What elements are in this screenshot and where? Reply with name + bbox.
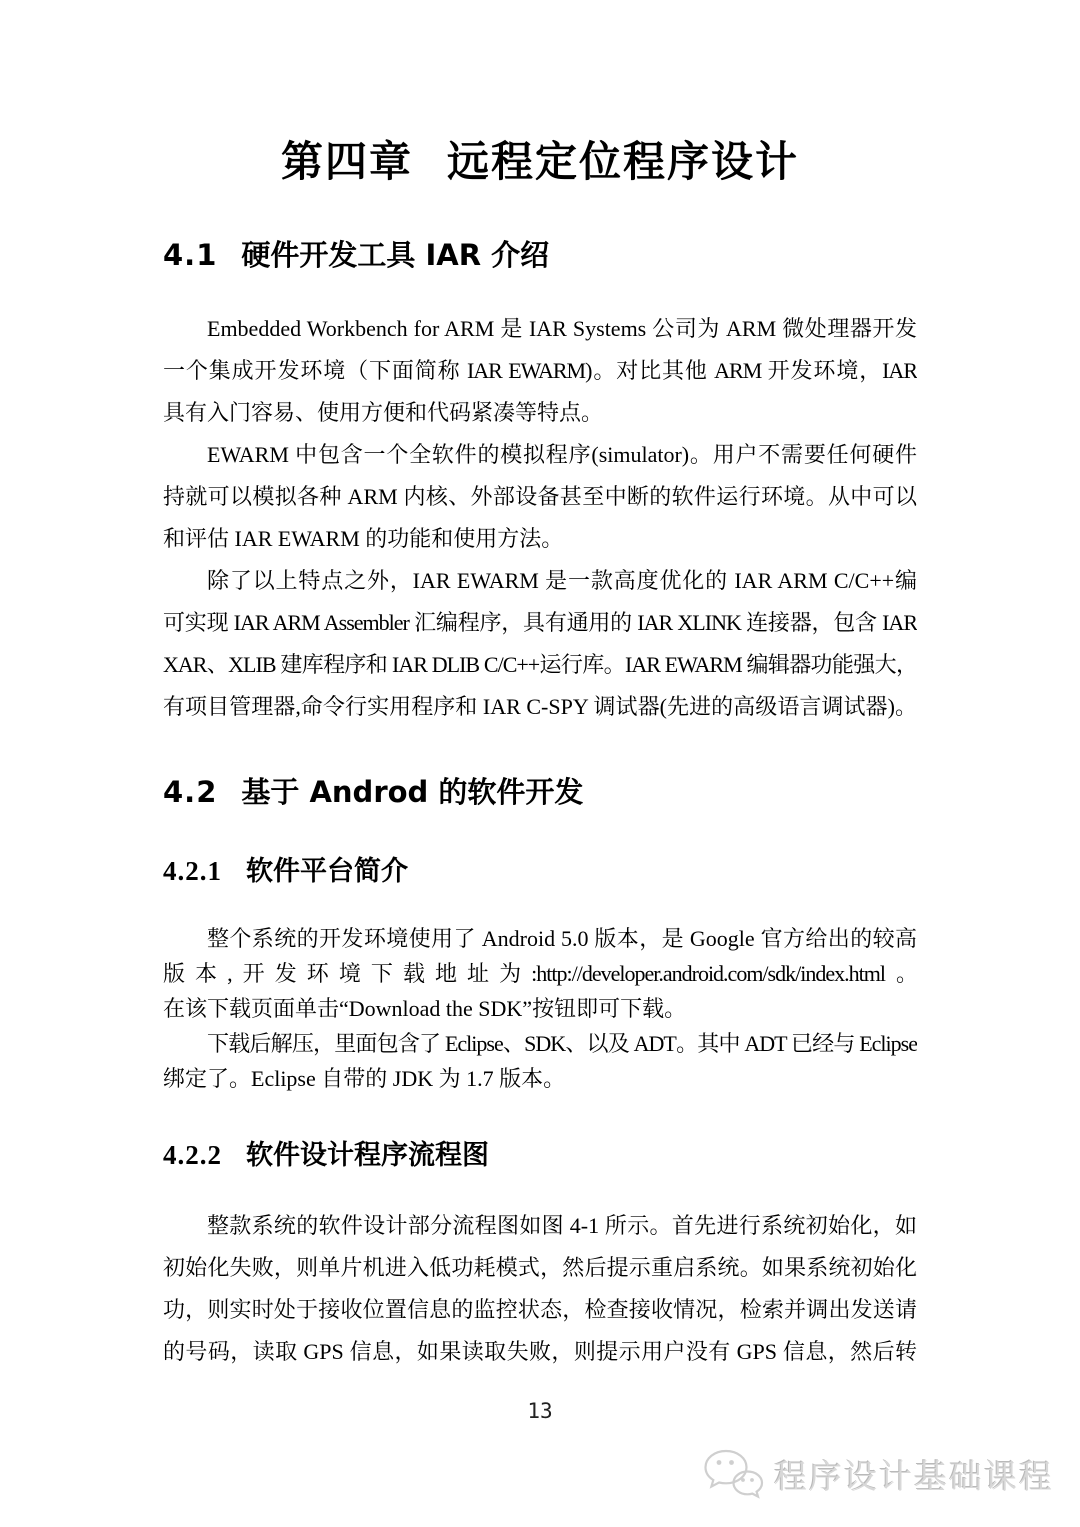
paragraph: 整款系统的软件设计部分流程图如图 4-1 所示。首先进行系统初始化，如果初始化失… <box>163 1205 917 1373</box>
text-line: 功，则实时处于接收位置信息的监控状态，检查接收情况，检索并调出发送请求 <box>163 1289 917 1331</box>
text-line: 一个集成开发环境（下面简称 IAR EWARM)。对比其他 ARM 开发环境，I… <box>163 350 917 392</box>
heading-number: 4.2.2 <box>163 1140 222 1170</box>
text-line: 整款系统的软件设计部分流程图如图 4-1 所示。首先进行系统初始化，如果 <box>163 1205 917 1247</box>
text-line: 下载后解压，里面包含了 Eclipse、SDK、以及 ADT。其中 ADT 已经… <box>163 1026 917 1061</box>
page-content: 第四章远程定位程序设计 4.1硬件开发工具 IAR 介绍Embedded Wor… <box>0 133 1080 1423</box>
text-line: XAR、XLIB 建库程序和 IAR DLIB C/C++运行库。IAR EWA… <box>163 644 917 686</box>
section-heading-4.1: 4.1硬件开发工具 IAR 介绍 <box>163 235 917 275</box>
section-heading-4.2.1: 4.2.1软件平台简介 <box>163 852 917 891</box>
heading-text: 软件平台简介 <box>246 856 408 887</box>
text-line: 除了以上特点之外，IAR EWARM 是一款高度优化的 IAR ARM C/C+… <box>163 560 917 602</box>
text-line: 的号码，读取 GPS 信息，如果读取失败，则提示用户没有 GPS 信息，然后转去… <box>163 1331 917 1373</box>
text-line: 持就可以模拟各种 ARM 内核、外部设备甚至中断的软件运行环境。从中可以了解 <box>163 476 917 518</box>
paragraph: 下载后解压，里面包含了 Eclipse、SDK、以及 ADT。其中 ADT 已经… <box>163 1026 917 1096</box>
watermark-label: 程序设计基础课程 <box>774 1451 1054 1498</box>
text-line: 有项目管理器,命令行实用程序和 IAR C-SPY 调试器(先进的高级语言调试器… <box>163 686 917 728</box>
paragraph: Embedded Workbench for ARM 是 IAR Systems… <box>163 308 917 434</box>
heading-number: 4.2 <box>163 775 217 809</box>
heading-text: 基于 Androd 的软件开发 <box>241 775 583 809</box>
text-line: 初始化失败，则单片机进入低功耗模式，然后提示重启系统。如果系统初始化成 <box>163 1247 917 1289</box>
text-line: 绑定了。Eclipse 自带的 JDK 为 1.7 版本。 <box>163 1061 917 1096</box>
text-line: 版本,开发环境下载地址为:http://developer.android.co… <box>163 956 917 991</box>
chapter-number: 第四章 <box>281 137 413 186</box>
wechat-icon <box>702 1446 764 1502</box>
watermark: 程序设计基础课程 <box>702 1446 1054 1502</box>
document-page: 第四章远程定位程序设计 4.1硬件开发工具 IAR 介绍Embedded Wor… <box>0 0 1080 1527</box>
heading-text: 硬件开发工具 IAR 介绍 <box>241 238 549 272</box>
paragraph: EWARM 中包含一个全软件的模拟程序(simulator)。用户不需要任何硬件… <box>163 434 917 560</box>
text-line: Embedded Workbench for ARM 是 IAR Systems… <box>163 308 917 350</box>
chapter-title-text: 远程定位程序设计 <box>447 137 799 186</box>
text-line: 整个系统的开发环境使用了 Android 5.0 版本，是 Google 官方给… <box>163 921 917 956</box>
content-blocks: 4.1硬件开发工具 IAR 介绍Embedded Workbench for A… <box>163 235 917 1373</box>
text-line: 具有入门容易、使用方便和代码紧凑等特点。 <box>163 392 917 434</box>
section-heading-4.2: 4.2基于 Androd 的软件开发 <box>163 772 917 812</box>
paragraph: 整个系统的开发环境使用了 Android 5.0 版本，是 Google 官方给… <box>163 921 917 1026</box>
section-heading-4.2.2: 4.2.2软件设计程序流程图 <box>163 1136 917 1175</box>
text-line: 在该下载页面单击“Download the SDK”按钮即可下载。 <box>163 991 917 1026</box>
text-line: 可实现 IAR ARM Assembler 汇编程序，具有通用的 IAR XLI… <box>163 602 917 644</box>
page-number: 13 <box>163 1399 917 1423</box>
text-line: EWARM 中包含一个全软件的模拟程序(simulator)。用户不需要任何硬件… <box>163 434 917 476</box>
chapter-title: 第四章远程定位程序设计 <box>163 133 917 191</box>
text-line: 和评估 IAR EWARM 的功能和使用方法。 <box>163 518 917 560</box>
heading-number: 4.2.1 <box>163 856 222 886</box>
paragraph: 除了以上特点之外，IAR EWARM 是一款高度优化的 IAR ARM C/C+… <box>163 560 917 728</box>
heading-number: 4.1 <box>163 238 217 272</box>
heading-text: 软件设计程序流程图 <box>246 1140 489 1171</box>
